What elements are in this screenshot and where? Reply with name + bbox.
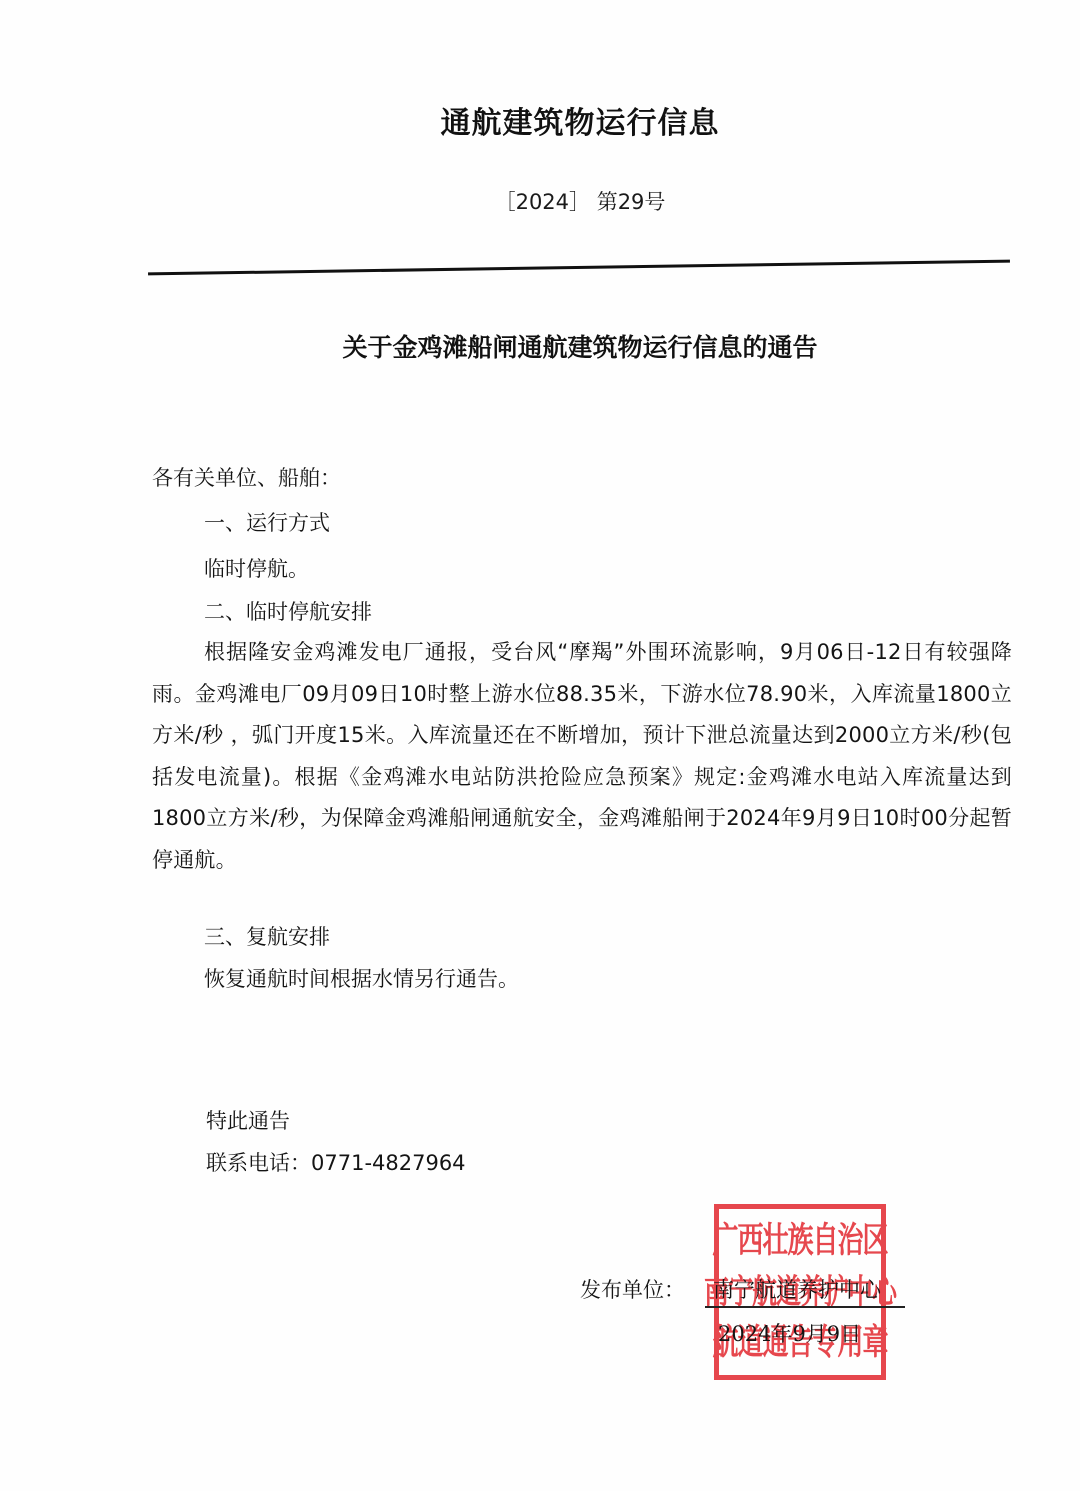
- document-number: ［2024］ 第29号: [0, 186, 1080, 216]
- stamp-line-region: 广西壮族自治区: [713, 1223, 888, 1258]
- publisher-name: 南宁航道养护中心: [705, 1274, 905, 1308]
- publisher-label: 发布单位：: [580, 1278, 685, 1302]
- header-separator-line: [148, 260, 1010, 276]
- salutation: 各有关单位、船舶：: [152, 462, 341, 492]
- contact-phone: 0771-4827964: [311, 1151, 466, 1175]
- section-1-content: 临时停航。: [204, 553, 309, 583]
- notice-title: 关于金鸡滩船闸通航建筑物运行信息的通告: [0, 328, 1080, 364]
- section-2-content: 根据隆安金鸡滩发电厂通报，受台风“摩羯”外围环流影响，9月06日-12日有较强降…: [152, 632, 1012, 881]
- publish-date: 2024年9月9日: [718, 1318, 861, 1348]
- section-1-heading: 一、运行方式: [204, 507, 330, 537]
- contact-info: 联系电话：0771-4827964: [206, 1147, 466, 1177]
- section-2-heading: 二、临时停航安排: [204, 596, 372, 626]
- section-3-heading: 三、复航安排: [204, 921, 330, 951]
- document-page: 通航建筑物运行信息 ［2024］ 第29号 关于金鸡滩船闸通航建筑物运行信息的通…: [0, 0, 1080, 1491]
- header-title: 通航建筑物运行信息: [0, 98, 1080, 142]
- closing-statement: 特此通告: [206, 1105, 290, 1135]
- publisher-row: 发布单位：南宁航道养护中心: [580, 1274, 905, 1308]
- section-3-content: 恢复通航时间根据水情另行通告。: [204, 963, 519, 993]
- contact-label: 联系电话：: [206, 1151, 311, 1175]
